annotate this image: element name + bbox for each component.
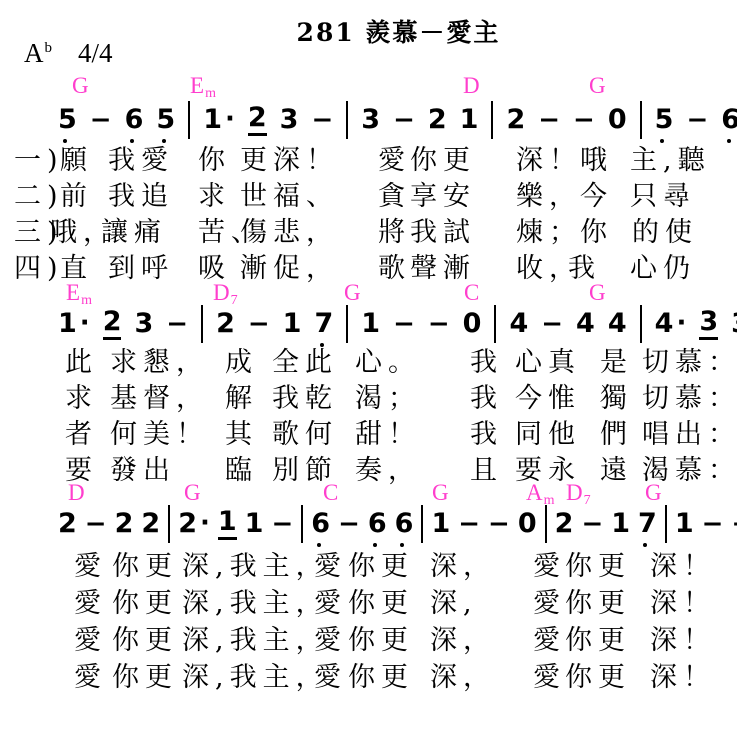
lyric-segment: 歌何 [272,420,338,450]
note-digit: 6 [721,106,737,135]
lyric-segment: 你 [580,218,613,248]
lyric-segment: 愛 [314,663,347,693]
note-digit: 2 [178,510,197,539]
dash-hold: − [393,107,415,133]
lyric-segment: 深， [430,663,496,693]
barline [491,101,493,139]
note-digit: 1 [203,106,222,135]
chord-root-letter: D [463,73,480,98]
chord-row-1: GEmDG [0,74,737,100]
hymn-title: 281 羨慕－愛主 [60,13,737,49]
augmentation-dot: · [200,510,210,536]
lyric-segment: 求 [198,182,231,212]
lyric-segment: 愛 [74,552,107,582]
lyric-segment: 深,我主， [182,552,329,582]
note-3: 3 [134,310,153,339]
note-digit: 1 [218,508,237,540]
time-signature: 4/4 [78,38,113,68]
dash-hold: − [458,511,480,537]
augmentation-dot: · [676,310,686,336]
chord-root-letter: E [190,73,204,98]
barline [168,505,170,543]
lyric-segment: 愛 [533,626,566,656]
augmentation-dot: · [225,106,235,132]
lyric-segment: 愛 [378,146,411,176]
note-5: 5 [655,106,674,135]
lyric-segment: 傷悲， [240,218,339,248]
dash-hold: − [393,311,415,337]
note-6: 6 [368,510,387,539]
lyric-segment: 更深！ [240,146,339,176]
dash-hold: − [166,311,188,337]
dash-hold: − [541,311,563,337]
dash-hold: − [538,107,560,133]
lyric-segment: 心。 [355,348,421,378]
note-5: 5 [58,106,77,135]
lyric-segment: 深！ [650,663,716,693]
lyric-segment: 樂， [516,182,582,212]
lyric-segment: 獨 [600,384,633,414]
lyric-segment: 你更 [112,589,178,619]
lyric-segment: 求 [65,384,98,414]
chord-root-letter: E [66,280,80,305]
chord-root-letter: D [213,280,230,305]
chord-root-letter: G [344,280,361,305]
lyric-segment: 心真 [515,348,581,378]
note-digit: 0 [608,106,627,135]
chord-symbol-em: Em [66,281,92,304]
lyric-segment: 愛 [74,626,107,656]
note-2: 2 [141,510,160,539]
note-digit: 3 [731,310,737,339]
lyric-segment: 切慕： [642,348,737,378]
chord-symbol-am: Am [526,481,555,504]
lyric-segment: 成 [225,348,258,378]
lyric-segment: 將 [378,218,411,248]
chord-symbol-g: G [589,281,606,304]
chord-root-letter: A [526,480,543,505]
lyric-segment: 我 [470,384,503,414]
note-7: 7 [638,510,657,539]
lyric-segment: 甜！ [355,420,421,450]
note-digit: 3 [134,310,153,339]
dash-hold: − [488,511,510,537]
note-6: 6 [395,510,414,539]
note-digit: 2 [103,308,122,340]
lyric-segment: 者 [65,420,98,450]
lyric-segment: 切慕： [642,384,737,414]
lyric-segment: 你更 [565,552,631,582]
lyric-segment: 我試 [410,218,476,248]
lyric-segment: 是 [600,348,633,378]
dash-hold: − [428,311,450,337]
note-digit: 1 [245,510,264,539]
note-digit: 2 [555,510,574,539]
note-digit: 1 [361,310,380,339]
note-6: 6 [125,106,144,135]
lyric-segment: 我追 [108,182,174,212]
note-0: 0 [518,510,537,539]
lyric-segment: 歌 [378,254,411,284]
lyric-segment: 你 [198,146,231,176]
note-digit: 1 [283,310,302,339]
chord-symbol-em: Em [190,74,216,97]
lyric-segment: 解 [225,384,258,414]
note-digit: 2 [141,510,160,539]
notation-line-3: 2−222·11−6−661−−02−171−−0 [58,503,737,545]
chord-root-letter: G [589,280,606,305]
dash-hold: − [686,107,708,133]
note-2: 2 [58,510,77,539]
lyric-segment: 的使 [632,218,698,248]
note-0: 0 [463,310,482,339]
lyric-segment: 貪 [378,182,411,212]
lyric-segment: 深, [430,589,478,619]
lyric-segment: 你更 [112,626,178,656]
note-2: 2 [103,308,122,340]
lyric-segment: 主,聽 [630,146,711,176]
note-3: 3 [699,308,718,340]
barline [201,305,203,343]
lyric-segment: 你更 [112,663,178,693]
lyric-segment: 到呼 [108,254,174,284]
lyric-row-1-1: 一)願我愛你更深！愛你更深！哦主,聽 [0,146,737,180]
chord-symbol-c: C [464,281,479,304]
chord-root-letter: D [566,480,583,505]
lyric-segment: 心仍 [630,254,696,284]
note-3: 3 [280,106,299,135]
lyric-segment: 你更 [348,663,414,693]
lyric-segment: 你更 [348,552,414,582]
note-0: 0 [608,106,627,135]
lyric-segment: 我乾 [272,384,338,414]
dash-hold: − [581,511,603,537]
note-2: 2 [216,310,235,339]
augmentation-dot: · [80,310,90,336]
dash-hold: − [248,311,270,337]
chord-symbol-g: G [589,74,606,97]
note-digit: 7 [314,310,333,339]
note-1: 1 [431,510,450,539]
lyric-segment: 你更 [565,663,631,693]
lyric-segment: 渴； [355,384,421,414]
note-digit: 5 [58,106,77,135]
note-digit: 2 [248,104,267,136]
lyric-segment: 愛 [314,589,347,619]
note-4: 4 [608,310,627,339]
lyric-segment: 愛 [314,552,347,582]
chord-root-letter: G [645,480,662,505]
notation-line-2: 1·23−2−171−−04−444·33− [58,303,737,345]
chord-root-letter: G [184,480,201,505]
key-signature: Ab4/4 [24,40,113,67]
note-digit: 6 [125,106,144,135]
lyric-segment: 深！ [516,146,582,176]
lyric-row-1-3: 三)哦，讓痛苦、傷悲，將我試煉；你的使 [0,218,737,252]
note-digit: 5 [156,106,175,135]
note-digit: 2 [428,106,447,135]
lyric-segment: 深， [430,552,496,582]
lyric-row-3-2: 愛你更深,我主，愛你更深,愛你更深！ [0,589,737,623]
note-2: 2 [428,106,447,135]
note-3: 3 [361,106,380,135]
note-digit: 5 [655,106,674,135]
note-digit: 4 [509,310,528,339]
chord-symbol-g: G [72,74,89,97]
note-5: 5 [156,106,175,135]
lyric-segment: 深,我主， [182,626,329,656]
lyric-segment: 煉； [516,218,582,248]
chord-symbol-d7: D7 [213,281,238,304]
lyric-segment: 其 [225,420,258,450]
chord-symbol-d: D [68,481,85,504]
note-1: 1· [203,106,235,135]
note-2: 2 [506,106,525,135]
note-digit: 6 [395,510,414,539]
lyric-segment: 前 [60,182,93,212]
verse-number-label: 一) [14,146,64,176]
chord-root-letter: C [464,280,479,305]
note-digit: 6 [368,510,387,539]
note-digit: 2 [58,510,77,539]
note-1: 1 [245,510,264,539]
note-7: 7 [314,310,333,339]
note-digit: 1 [611,510,630,539]
chord-root-letter: G [72,73,89,98]
chord-symbol-d7: D7 [566,481,591,504]
barline [545,505,547,543]
dash-hold: − [573,107,595,133]
lyric-segment: 深， [430,626,496,656]
chord-root-letter: G [589,73,606,98]
lyric-segment: 深！ [650,552,716,582]
note-digit: 2 [506,106,525,135]
note-digit: 0 [518,510,537,539]
dash-hold: − [311,107,333,133]
lyric-segment: 全此 [272,348,338,378]
note-digit: 3 [280,106,299,135]
note-4: 4· [655,310,687,339]
lyric-segment: 你更 [565,626,631,656]
barline [640,101,642,139]
lyric-segment: 你更 [348,589,414,619]
barline [640,305,642,343]
note-digit: 0 [463,310,482,339]
chord-root-letter: D [68,480,85,505]
note-digit: 4 [576,310,595,339]
chord-root-letter: G [432,480,449,505]
lyric-segment: 深！ [650,626,716,656]
note-1: 1 [675,510,694,539]
note-digit: 1 [460,106,479,135]
barline [421,505,423,543]
lyric-segment: 愛 [533,552,566,582]
dash-hold: − [85,511,107,537]
lyric-segment: 們 [600,420,633,450]
lyric-row-3-4: 愛你更深,我主，愛你更深，愛你更深！ [0,663,737,697]
note-digit: 6 [311,510,330,539]
note-digit: 1 [58,310,77,339]
note-4: 4 [509,310,528,339]
dash-hold: − [731,511,737,537]
lyric-segment: 基督， [110,384,209,414]
chord-symbol-c: C [323,481,338,504]
lyric-row-2-3: 者何美！其歌何甜！我同他們唱出： [0,420,737,454]
lyric-segment: 世福、 [240,182,339,212]
lyric-row-3-1: 愛你更深,我主，愛你更深，愛你更深！ [0,552,737,586]
lyric-segment: 愛 [74,589,107,619]
lyric-segment: 哦 [580,146,613,176]
lyric-row-2-2: 求基督，解我乾渴；我今惟獨切慕： [0,384,737,418]
lyric-segment: 此 [65,348,98,378]
lyric-segment: 唱出： [642,420,737,450]
note-digit: 1 [431,510,450,539]
lyric-segment: 今惟 [515,384,581,414]
note-1: 1 [218,508,237,540]
note-3: 3 [731,310,737,339]
barline [301,505,303,543]
lyric-row-2-1: 此求懇，成全此心。我心真是切慕： [0,348,737,382]
note-digit: 2 [115,510,134,539]
chord-symbol-g: G [344,281,361,304]
note-1: 1 [361,310,380,339]
lyric-segment: 你更 [410,146,476,176]
lyric-row-1-2: 二)前我追求世福、貪享安樂，今只尋 [0,182,737,216]
note-2: 2 [248,104,267,136]
dash-hold: − [271,511,293,537]
note-4: 4 [576,310,595,339]
lyric-segment: 享安 [410,182,476,212]
lyric-segment: 愛 [533,663,566,693]
dash-hold: − [90,107,112,133]
lyric-segment: 我 [470,420,503,450]
lyric-segment: 愛 [74,663,107,693]
lyric-segment: 你更 [112,552,178,582]
lyric-segment: 深,我主， [182,663,329,693]
note-digit: 1 [675,510,694,539]
lyric-segment: 求懇， [110,348,209,378]
note-digit: 4 [608,310,627,339]
barline [346,305,348,343]
lyric-row-3-3: 愛你更深,我主，愛你更深，愛你更深！ [0,626,737,660]
note-digit: 3 [699,308,718,340]
chord-symbol-g: G [432,481,449,504]
note-1: 1 [611,510,630,539]
barline [494,305,496,343]
notation-line-1: 5−651·23−3−212−−05−65 [58,99,737,141]
note-digit: 3 [361,106,380,135]
barline [665,505,667,543]
verse-number-label: 四) [14,254,64,284]
chord-symbol-g: G [184,481,201,504]
lyric-segment: 今 [580,182,613,212]
chord-symbol-g: G [645,481,662,504]
lyric-segment: 同他 [515,420,581,450]
lyric-segment: 只尋 [630,182,696,212]
key-letter: A [24,38,44,68]
lyric-segment: 你更 [565,589,631,619]
flat-accidental: b [45,40,53,56]
note-6: 6 [721,106,737,135]
lyric-segment: 你更 [348,626,414,656]
dash-hold: − [702,511,724,537]
note-1: 1 [460,106,479,135]
lyric-segment: 何美！ [110,420,209,450]
chord-symbol-d: D [463,74,480,97]
lyric-segment: 深！ [650,589,716,619]
note-2: 2 [115,510,134,539]
note-1: 1 [283,310,302,339]
note-6: 6 [311,510,330,539]
note-digit: 4 [655,310,674,339]
lyric-segment: 愛 [533,589,566,619]
note-1: 1· [58,310,90,339]
lyric-segment: 讓痛 [101,218,167,248]
lyric-segment: 我 [470,348,503,378]
note-2: 2· [178,510,210,539]
chord-root-letter: C [323,480,338,505]
note-digit: 7 [638,510,657,539]
barline [346,101,348,139]
lyric-segment: 深,我主， [182,589,329,619]
note-2: 2 [555,510,574,539]
note-digit: 2 [216,310,235,339]
dash-hold: − [338,511,360,537]
barline [188,101,190,139]
lyric-segment: 漸促， [240,254,339,284]
hymn-sheet-page: 281 羨慕－愛主 Ab4/4 GEmDG5−651·23−3−212−−05−… [0,0,737,735]
verse-number-label: 二) [14,182,64,212]
lyric-segment: 願 [60,146,93,176]
lyric-segment: 我愛 [108,146,174,176]
lyric-segment: 愛 [314,626,347,656]
